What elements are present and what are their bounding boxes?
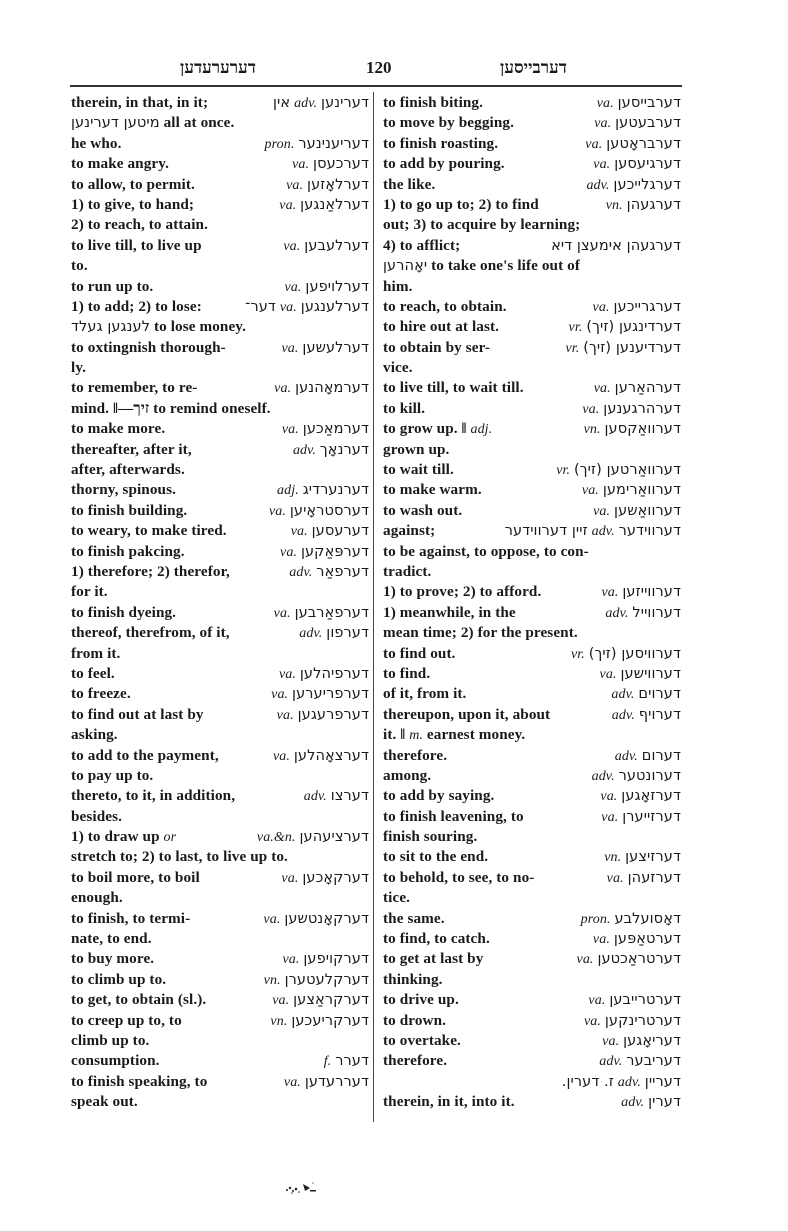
definition-text: the like. [383,176,435,193]
dictionary-entry: to find out at last byva. דערפרעגען [71,705,369,725]
entry-definition: to. [71,256,88,276]
entry-continuation: לענגען געלד to lose money. [71,317,369,337]
entry-continuation: asking. [71,725,369,745]
part-of-speech: va. [593,932,610,947]
part-of-speech: adv. [299,626,322,641]
headword-group: va. דערלאַנגען [279,195,369,216]
definition-text: to buy more. [71,950,154,967]
entry-continuation: יאָהרען to take one's life out of [383,256,681,276]
part-of-speech: adv. [294,96,317,111]
entry-continuation: to pay up to. [71,766,369,786]
dictionary-entry: to freeze.va. דערפריערען [71,684,369,704]
entry-definition: to finish leavening, to [383,807,524,827]
part-of-speech: va. [263,912,280,927]
entry-definition: to finish biting. [383,93,483,113]
entry-definition: to boil more, to boil [71,868,200,888]
dictionary-entry: therefore.adv. דערום [383,746,681,766]
headword-group: va. דערזעהן [607,868,681,889]
headword-group: vr. דערוואַרטען (זיך) [556,460,681,481]
header-rule [70,85,682,87]
definition-text: to remember, to re- [71,379,197,396]
headword-group: adv. דערצו [304,786,369,807]
entry-definition: 2) to reach, to attain. [71,215,208,235]
dictionary-entry: to kill.va. דערהרגענען [383,399,681,419]
headword-group: adv. דערונטער [592,766,681,787]
headword-group: דערגעהן אימעצן דיא [551,236,681,256]
headword: דעריבער [626,1053,681,1069]
entry-definition: to freeze. [71,684,131,704]
part-of-speech: vn. [604,850,621,865]
headword: דערמאַכען [303,421,369,437]
part-of-speech: adv. [586,178,609,193]
entry-definition: 1) to go up to; 2) to find [383,195,539,215]
headword-group: אין adv. דערינען [273,93,369,114]
headword-group: va. דערטרייבען [588,990,681,1011]
entry-continuation: thinking. [383,970,681,990]
entry-continuation: mean time; 2) for the present. [383,623,681,643]
entry-definition: to live till, to live up [71,236,202,256]
headword: דערמאָהנען [295,380,369,396]
definition-text: vice. [383,359,413,376]
headword-group: va. דערווישען [600,664,681,685]
definition-text: to run up to. [71,278,153,295]
headword: דערקאָכען [302,870,369,886]
headword-group: vn. דערגעהן [606,195,681,216]
headword: דערוואַרטען (זיך) [574,462,681,478]
definition-text: after, afterwards. [71,461,185,478]
dictionary-entry: thereafter, after it,adv. דערנאָך [71,440,369,460]
definition-text: to make warm. [383,481,482,498]
dictionary-entry: therefore.adv. דעריבער [383,1051,681,1071]
definition-text: to weary, to make tired. [71,522,227,539]
entry-definition: to sit to the end. [383,847,488,867]
grammar-note: m. [409,728,423,743]
entry-continuation: stretch to; 2) to last, to live up to. [71,847,369,867]
headword: דערזאָגען [621,788,681,804]
entry-definition: after, afterwards. [71,460,185,480]
definition-text: grown up. [383,441,449,458]
headword: דערעסען [312,523,369,539]
entry-definition: to finish building. [71,501,187,521]
headword: דערווישען [620,666,681,682]
part-of-speech: pron. [581,912,611,927]
headword: דערווייזען [622,584,681,600]
dictionary-entry: to live till, to wait till.va. דערהאַרען [383,378,681,398]
definition-text: to obtain by ser- [383,339,490,356]
entry-definition: to add by saying. [383,786,494,806]
right-column: to finish biting.va. דערבייסעןto move by… [383,93,681,1113]
dictionary-entry: therein, in that, in it;אין adv. דערינען [71,93,369,113]
headword-group: va. דערלעשען [281,338,369,359]
definition-text: to add by pouring. [383,155,505,172]
headword-group: va. דערזאָגען [600,786,681,807]
part-of-speech: va. [588,993,605,1008]
definition-text: to drown. [383,1012,446,1029]
dictionary-entry: to live till, to live upva. דערלעבען [71,236,369,256]
entry-definition: to get at last by [383,949,483,969]
headword: דערנאָך [320,442,369,458]
headword: דערזיצען [625,849,681,865]
headword: דערצאָהלען [294,748,369,764]
entry-definition: יאָהרען to take one's life out of [383,256,580,276]
definition-text: thereof, therefrom, of it, [71,624,230,641]
hebrew-example: דערגעהן אימעצן דיא [551,238,681,254]
entry-definition: ly. [71,358,86,378]
headword: דערטרייבען [609,992,681,1008]
entry-definition: לענגען געלד to lose money. [71,317,246,337]
part-of-speech: adv. [621,1095,644,1110]
definition-text: to make more. [71,420,165,437]
headword: דערלויפען [305,279,369,295]
headword: דערהרגענען [603,401,681,417]
definition-text: all at once. [164,114,235,131]
dictionary-entry: thereof, therefrom, of it,adv. דערפון [71,623,369,643]
entry-continuation: besides. [71,807,369,827]
page-number: 120 [366,58,392,78]
headword-group: va. דערהאַרען [594,378,681,399]
definition-text: to get, to obtain (sl.). [71,991,206,1008]
entry-definition: finish souring. [383,827,477,847]
dictionary-entry: to grow up. ‖ adj.vn. דערוואַקסען [383,419,681,439]
entry-continuation: tradict. [383,562,681,582]
entry-definition: to kill. [383,399,425,419]
definition-text: to be against, to oppose, to con- [383,543,589,560]
headword-group: pron. דעריענינער [265,134,369,155]
dictionary-entry: to allow, to permit.va. דערלאָזען [71,175,369,195]
part-of-speech: adv. [293,443,316,458]
headword: דערגלייכען [613,177,681,193]
entry-definition: to find. [383,664,430,684]
entry-definition: for it. [71,582,108,602]
dictionary-entry: to finish dyeing.va. דערפאַרבען [71,603,369,623]
part-of-speech: va. [282,422,299,437]
part-of-speech: f. [324,1054,332,1069]
dictionary-entry: to wash out.va. דערוואַשען [383,501,681,521]
definition-text: tice. [383,889,410,906]
headword-group: va. דערקאָכען [281,868,369,889]
entry-definition: consumption. [71,1051,160,1071]
headword: דערפון [326,625,369,641]
entry-definition: to wash out. [383,501,462,521]
entry-definition: to be against, to oppose, to con- [383,542,589,562]
entry-definition: to make more. [71,419,165,439]
headword-group: vn. דערוואַקסען [584,419,681,440]
dictionary-entry: consumption.f. דערר [71,1051,369,1071]
definition-text: to move by begging. [383,114,514,131]
dictionary-entry: to finish pakcing.va. דערפּאַקען [71,542,369,562]
part-of-speech: va. [284,1075,301,1090]
dictionary-entry: to drown.va. דערטרינקען [383,1011,681,1031]
entry-definition: therefore. [383,746,447,766]
definition-text: to get at last by [383,950,483,967]
headword: דעריענינער [298,136,369,152]
entry-definition: enough. [71,888,123,908]
part-of-speech: adv. [304,789,327,804]
dictionary-entry: to add by pouring.va. דערגיעסען [383,154,681,174]
dictionary-entry: to overtake.va. דעריאָגען [383,1031,681,1051]
entry-continuation: מיטען דערינען all at once. [71,113,369,133]
part-of-speech: va. [277,708,294,723]
entry-definition: to buy more. [71,949,154,969]
dictionary-entry: 1) meanwhile, in theadv. דערווייל [383,603,681,623]
headword: דערלעשען [302,340,369,356]
dictionary-entry: to behold, to see, to no-va. דערזעהן [383,868,681,888]
part-of-speech: va. [281,341,298,356]
entry-definition: to reach, to obtain. [383,297,507,317]
dictionary-entry: to feel.va. דערפיהלען [71,664,369,684]
headword-group: va.&n. דערציעהען [257,827,369,848]
headword: דערדינגען (זיך) [586,319,681,335]
dictionary-entry: to find out.vr. דערוויסען (זיך) [383,644,681,664]
dictionary-entry: ז. דערין. adv. דעריין [383,1072,681,1092]
definition-text: to finish biting. [383,94,483,111]
definition-text: thorny, spinous. [71,481,176,498]
headword-group: adv. דערפאַר [289,562,369,583]
dictionary-entry: the same.pron. דאָסועלבע [383,909,681,929]
headword: דערווידער [619,523,681,539]
entry-definition: to live till, to wait till. [383,378,524,398]
entry-definition: to climb up to. [71,970,166,990]
entry-definition: מיטען דערינען all at once. [71,113,234,133]
definition-text: against; [383,522,435,539]
dictionary-entry: the like.adv. דערגלייכען [383,175,681,195]
headword: דערבעטען [615,115,681,131]
headword-group: דער־ va. דערלענגען [245,297,369,318]
headword-group: va. דעררעדען [284,1072,369,1093]
entry-definition: speak out. [71,1092,138,1112]
headword: דערום [642,748,681,764]
part-of-speech: adv. [289,565,312,580]
entry-definition: to wait till. [383,460,454,480]
headword: דערפּאַקען [301,544,369,560]
headword: דערקלעטערן [285,972,369,988]
headword: דערזעהן [628,870,681,886]
part-of-speech: va. [601,810,618,825]
definition-text: earnest money. [427,726,525,743]
definition-text: asking. [71,726,118,743]
part-of-speech: va. [269,504,286,519]
headword-group: va. דערפרעגען [277,705,369,726]
headword-group: va. דערוואַשען [593,501,681,522]
entry-definition: from it. [71,644,120,664]
dictionary-entry: 1) to prove; 2) to afford.va. דערווייזען [383,582,681,602]
entry-definition: 1) to draw up or [71,827,176,848]
entry-continuation: vice. [383,358,681,378]
headword-group: vn. דערזיצען [604,847,681,868]
headword-group: adv. דעריבער [599,1051,681,1072]
definition-text: to kill. [383,400,425,417]
headword: דערין [648,1094,681,1110]
headword-group: adv. דערווייל [605,603,681,624]
part-of-speech: vn. [606,198,623,213]
headword-group: va. דערלאָזען [286,175,369,196]
definition-text: tradict. [383,563,431,580]
dictionary-entry: to boil more, to boilva. דערקאָכען [71,868,369,888]
dictionary-entry: to reach, to obtain.va. דערגרייכען [383,297,681,317]
hebrew-example: ז. דערין. [562,1074,614,1090]
part-of-speech: va. [274,381,291,396]
entry-definition: 1) meanwhile, in the [383,603,516,623]
headword-group: va. דערוואַרימען [582,480,681,501]
part-of-speech: va. [577,952,594,967]
dictionary-entry: 1) to draw up orva.&n. דערציעהען [71,827,369,847]
part-of-speech: va. [272,993,289,1008]
definition-text: 1) to draw up [71,828,160,845]
entry-definition: he who. [71,134,122,154]
definition-text: to behold, to see, to no- [383,869,534,886]
part-of-speech: va. [280,545,297,560]
entry-definition: out; 3) to acquire by learning; [383,215,580,235]
definition-text: to finish, to termi- [71,910,190,927]
definition-text: to wait till. [383,461,454,478]
headword-group: va. דערפּאַקען [280,542,369,563]
headword: דערוואַרימען [603,482,681,498]
definition-text: to finish speaking, to [71,1073,207,1090]
definition-text: to add to the payment, [71,747,219,764]
entry-definition: it. ‖ m. earnest money. [383,725,525,746]
definition-text: thinking. [383,971,443,988]
part-of-speech: va. [597,96,614,111]
headword: דערויף [639,707,681,723]
part-of-speech: va. [593,300,610,315]
headword-group: va. דערבראָטען [585,134,681,155]
headword-group: vn. דערקריעכען [270,1011,369,1032]
part-of-speech: va. [582,402,599,417]
entry-definition: thereto, to it, in addition, [71,786,235,806]
entry-definition: to find out at last by [71,705,204,725]
definition-text: to hire out at last. [383,318,499,335]
headword-group: va. דערצאָהלען [273,746,369,767]
page-header: דערערעדען 120 דערבייסען [70,58,682,82]
entry-definition: thereof, therefrom, of it, [71,623,230,643]
dictionary-entry: thorny, spinous.adj. דערנערדיג [71,480,369,500]
headword: דערינען [321,95,369,111]
headword: דערהאַרען [615,380,681,396]
entry-continuation: enough. [71,888,369,908]
dictionary-entry: to hire out at last.vr. דערדינגען (זיך) [383,317,681,337]
definition-text: stretch to; 2) to last, to live up to. [71,848,288,865]
headword-group: va. דערטאַפּען [593,929,681,950]
definition-text: to overtake. [383,1032,461,1049]
part-of-speech: va. [283,239,300,254]
headword: דעריין [645,1074,681,1090]
dictionary-entry: to add to the payment,va. דערצאָהלען [71,746,369,766]
entry-continuation: 2) to reach, to attain. [71,215,369,235]
part-of-speech: va. [584,1014,601,1029]
part-of-speech: va. [593,157,610,172]
dictionary-entry: to sit to the end.vn. דערזיצען [383,847,681,867]
entry-definition: to behold, to see, to no- [383,868,534,888]
part-of-speech: va. [594,116,611,131]
dictionary-entry: to finish building.va. דערסטראָיען [71,501,369,521]
definition-text: to reach, to obtain. [383,298,507,315]
entry-definition: him. [383,277,413,297]
entry-definition: against; [383,521,435,541]
entry-continuation: for it. [71,582,369,602]
definition-text: for it. [71,583,108,600]
entry-definition: mean time; 2) for the present. [383,623,578,643]
headword: דערונטער [619,768,681,784]
headword-group: pron. דאָסועלבע [581,909,681,930]
headword-group: va. דערגיעסען [593,154,681,175]
hebrew-phrase: מיטען דערינען [71,115,160,131]
part-of-speech: vr. [556,463,570,478]
headword: דערטראַכטען [597,951,681,967]
entry-definition: the same. [383,909,445,929]
hebrew-example: זיין דערווידער [505,523,588,539]
headword: דערגעהן [627,197,681,213]
definition-text: to finish leavening, to [383,808,524,825]
definition-text: to climb up to. [71,971,166,988]
entry-continuation: grown up. [383,440,681,460]
entry-definition: to make angry. [71,154,169,174]
entry-definition: of it, from it. [383,684,466,704]
entry-continuation: from it. [71,644,369,664]
entry-continuation: mind. ‖—זיך to remind oneself. [71,399,369,419]
definition-text: to live till, to wait till. [383,379,524,396]
part-of-speech: vn. [264,973,281,988]
headword: דערנערדיג [303,482,369,498]
right-running-head: דערבייסען [500,58,567,78]
hebrew-phrase: לענגען געלד [71,319,150,335]
part-of-speech: adv. [592,769,615,784]
entry-definition: to finish pakcing. [71,542,185,562]
entry-definition: thorny, spinous. [71,480,176,500]
headword-group: adv. דערוים [611,684,681,705]
printer-mark-icon [283,1180,323,1196]
headword-group: va. דערבעטען [594,113,681,134]
dictionary-entry: to buy more.va. דערקויפען [71,949,369,969]
headword-group: ז. דערין. adv. דעריין [562,1072,681,1093]
definition-text: to find, to catch. [383,930,490,947]
definition-text: consumption. [71,1052,160,1069]
dictionary-entry: therein, in it, into it.adv. דערין [383,1092,681,1112]
part-of-speech: va. [291,524,308,539]
headword-group: va. דערווייזען [601,582,681,603]
headword-group: va. דערכעסן [292,154,369,175]
entry-definition: 4) to afflict; [383,236,460,256]
dictionary-entry: to get at last byva. דערטראַכטען [383,949,681,969]
dictionary-entry: to finish speaking, tova. דעררעדען [71,1072,369,1092]
entry-continuation: 4) to afflict;דערגעהן אימעצן דיא [383,236,681,256]
definition-text: thereafter, after it, [71,441,192,458]
entry-definition: among. [383,766,431,786]
headword: דעררעדען [305,1074,369,1090]
dictionary-entry: to obtain by ser-vr. דערדיענען (זיך) [383,338,681,358]
definition-text: mean time; 2) for the present. [383,624,578,641]
headword: דערטרינקען [605,1013,681,1029]
hebrew-phrase: יאָהרען [383,258,427,274]
part-of-speech: adj. [277,483,299,498]
entry-definition: mind. ‖—זיך to remind oneself. [71,399,271,419]
entry-definition: to finish dyeing. [71,603,176,623]
headword-group: va. דערבייסען [597,93,681,114]
headword-group: adv. דערגלייכען [586,175,681,196]
dictionary-entry: thereto, to it, in addition,adv. דערצו [71,786,369,806]
definition-text: to find. [383,665,430,682]
part-of-speech: adv. [611,687,634,702]
definition-text: 1) therefore; 2) therefor, [71,563,230,580]
dictionary-entry: to finish roasting.va. דערבראָטען [383,134,681,154]
headword: דערכעסן [313,156,369,172]
part-of-speech: va. [594,381,611,396]
headword: דערצו [331,788,369,804]
entry-continuation: nate, to end. [71,929,369,949]
definition-text: to creep up to, to [71,1012,182,1029]
definition-text: to make angry. [71,155,169,172]
entry-definition: to run up to. [71,277,153,297]
headword: דערקאָנטשען [284,911,369,927]
